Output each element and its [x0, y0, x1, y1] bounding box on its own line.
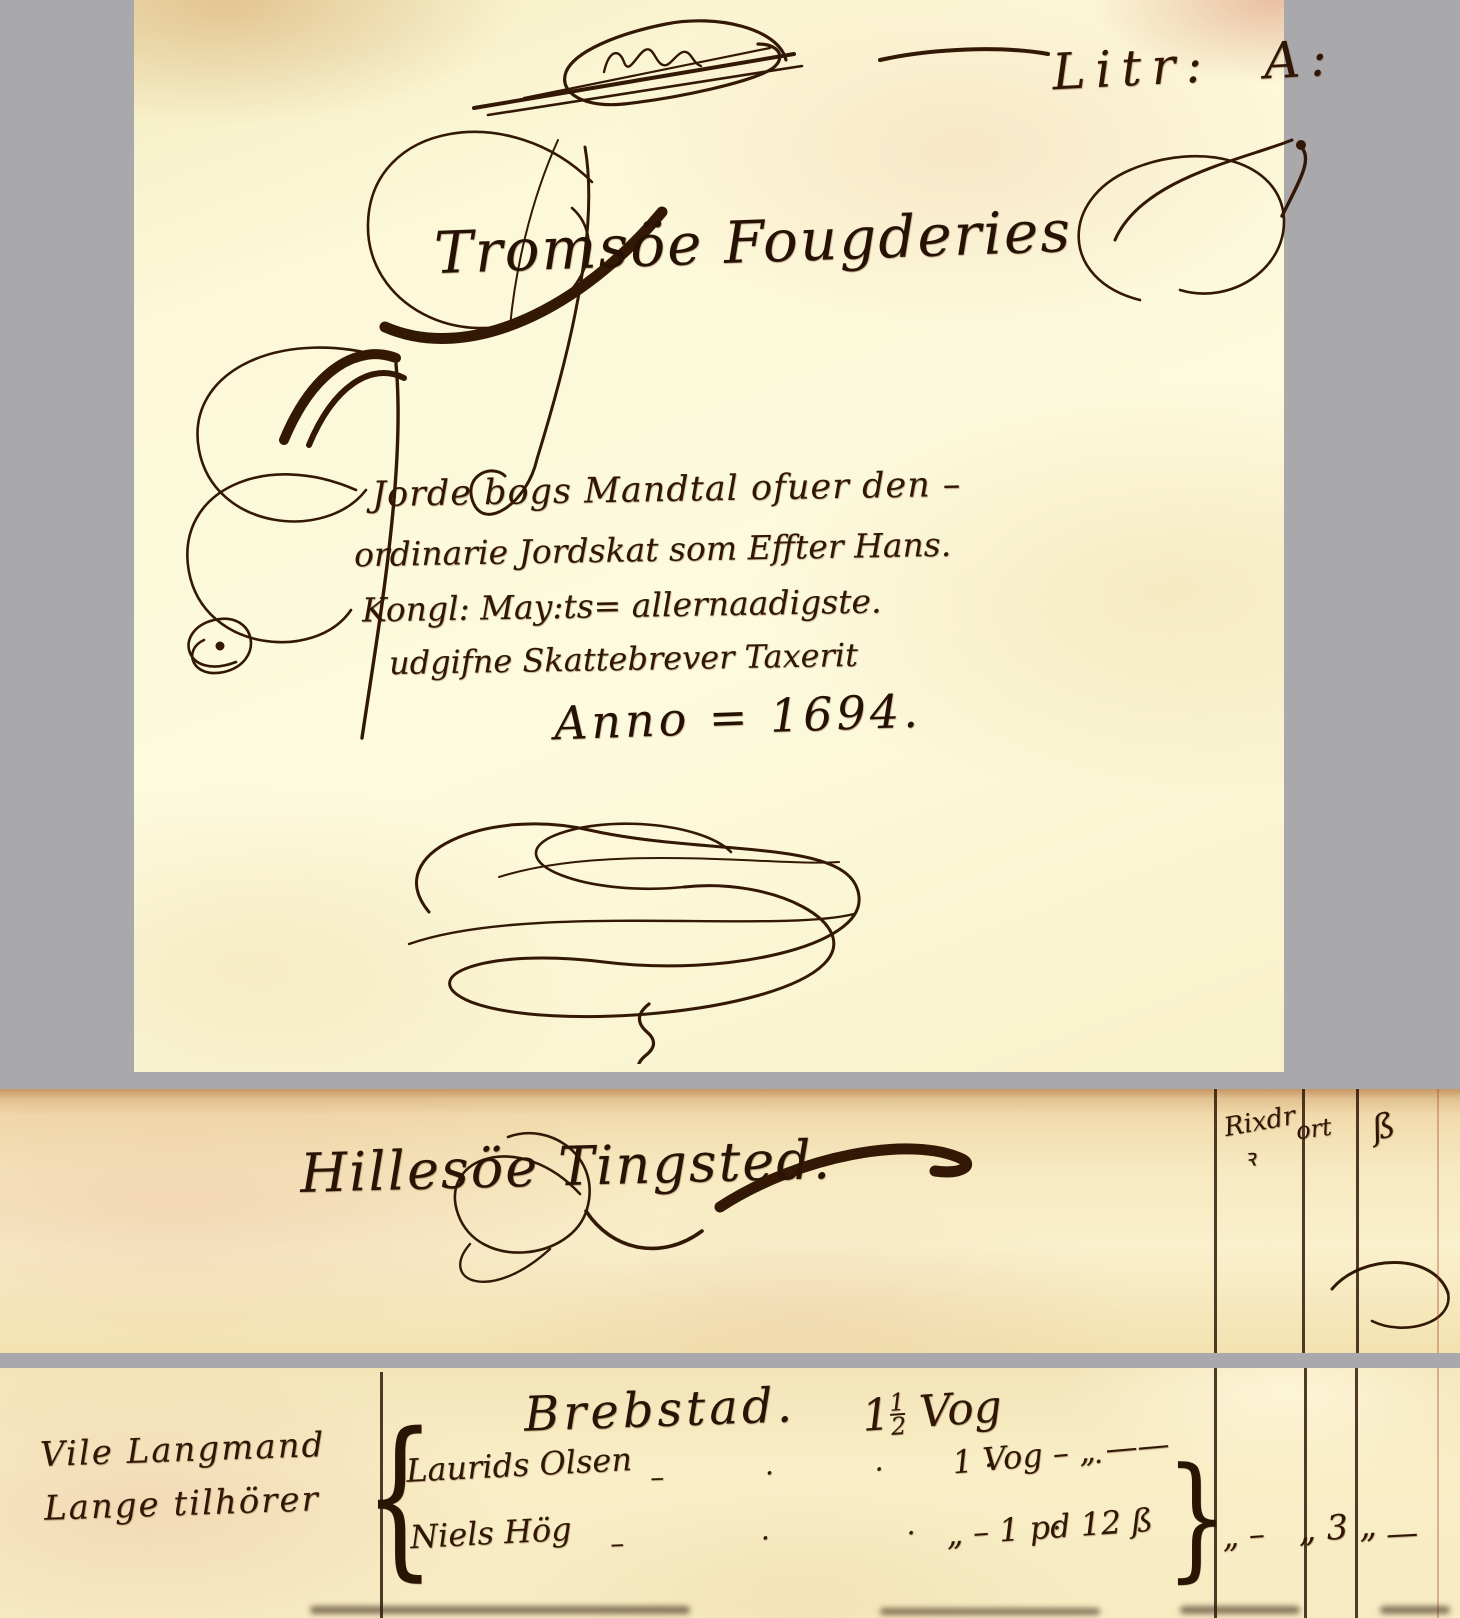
farm-heading-name: Brebstad.	[523, 1377, 797, 1442]
column-rule	[1356, 1089, 1359, 1353]
column-value-ort: „ 3 „	[1297, 1505, 1378, 1550]
edge-curl-flourish	[1322, 1247, 1460, 1337]
column-rule-red	[1437, 1368, 1439, 1618]
tingsted-heading: Hillesöe Tingsted.	[299, 1128, 832, 1205]
body-line-3: Kongl: May:ts= allernaadigste.	[362, 581, 882, 629]
body-line-4: udgifne Skattebrever Taxerit	[389, 636, 859, 682]
tenant-row-2-name: Niels Hög	[409, 1510, 572, 1556]
farm-heading-unit: Vog	[918, 1381, 1004, 1438]
column-value-rixdr: „ –	[1221, 1515, 1266, 1556]
cutoff-text-smudge	[1180, 1606, 1300, 1614]
column-rule	[1214, 1368, 1217, 1618]
anno-line: Anno = 1694.	[553, 684, 922, 751]
letter-mark: Litr: A:	[1051, 29, 1339, 102]
ledger-strip: Brebstad. 112 Vog Vile Langmand Lange ti…	[0, 1368, 1460, 1618]
column-header-rixdr-abbrev: ꝛ	[1242, 1140, 1257, 1174]
column-rule-red	[1437, 1089, 1439, 1353]
farm-heading-fraction: 12	[889, 1392, 907, 1437]
cutoff-text-smudge	[1380, 1606, 1450, 1614]
cutoff-text-smudge	[880, 1608, 1100, 1615]
cover-page: Litr: A: Tromsöe Fougderies Jorde	[134, 0, 1284, 1072]
struck-inscription-flourish	[464, 8, 804, 120]
closing-brace: }	[1166, 1439, 1228, 1595]
tingsted-strip: Hillesöe Tingsted. Rixdr ꝛ ort ß	[0, 1089, 1460, 1353]
column-rule	[1304, 1368, 1307, 1618]
column-header-rixdr: Rixdr	[1222, 1101, 1298, 1143]
closing-scribble-flourish	[349, 782, 909, 1064]
column-rule	[1214, 1089, 1217, 1353]
litr-dash-flourish	[874, 38, 1054, 68]
cutoff-text-smudge	[310, 1606, 690, 1614]
tenant-row-2-amount: „ – 1 pd 12 ß	[945, 1501, 1154, 1553]
opening-brace: {	[364, 1397, 436, 1597]
margin-owner-line-2: Lange tilhörer	[43, 1479, 320, 1529]
column-value-skilling: —	[1385, 1513, 1419, 1553]
farm-heading-qty: 1	[860, 1389, 891, 1442]
tenant-row-1-name: Laurids Olsen	[405, 1440, 633, 1490]
farm-heading-amount: 112 Vog	[860, 1381, 1003, 1442]
body-line-2: ordinarie Jordskat som Effter Hans.	[354, 525, 952, 574]
margin-owner-line-1: Vile Langmand	[39, 1425, 326, 1475]
district-title: Tromsöe Fougderies	[433, 197, 1073, 287]
column-header-skilling: ß	[1368, 1105, 1399, 1149]
column-rule	[1355, 1368, 1358, 1618]
scanned-document: Litr: A: Tromsöe Fougderies Jorde	[0, 0, 1460, 1618]
body-line-1: Jorde bogs Mandtal ofuer den –	[372, 465, 962, 515]
column-header-ort: ort	[1294, 1113, 1333, 1146]
